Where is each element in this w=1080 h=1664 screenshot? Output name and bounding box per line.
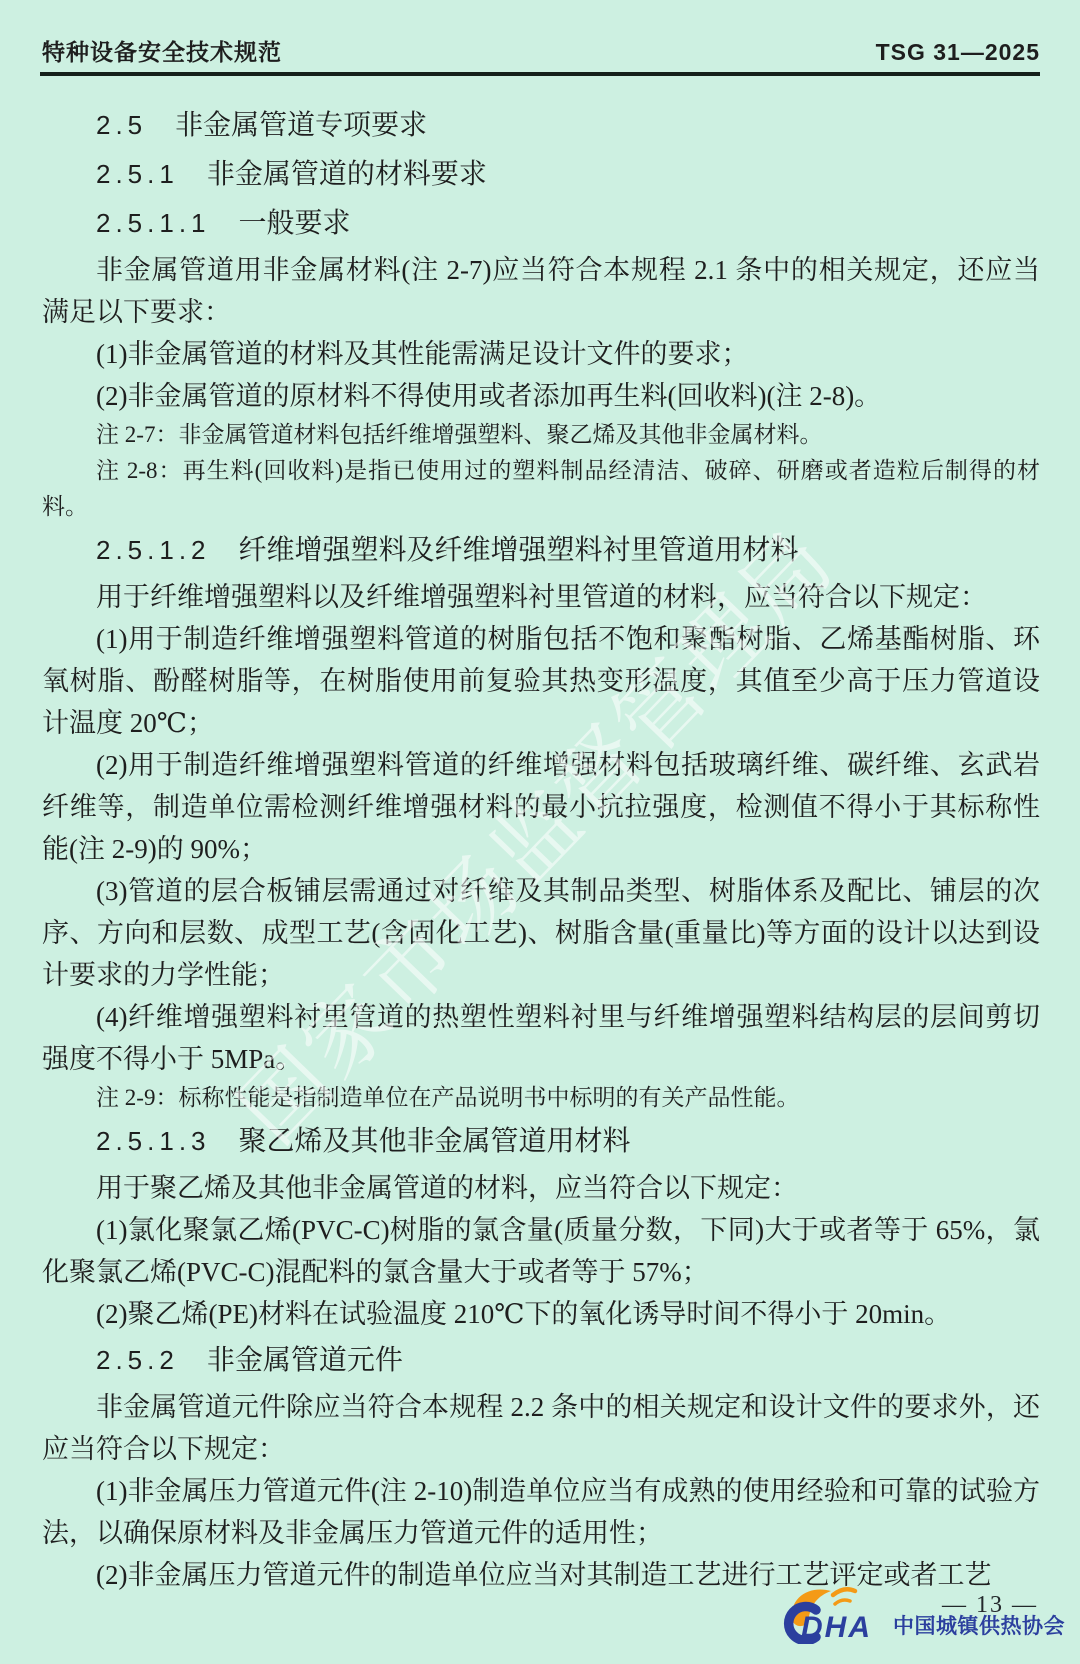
section-heading: 2.5.1.1一般要求 (42, 200, 1040, 247)
footnote: 注 2-9：标称性能是指制造单位在产品说明书中标明的有关产品性能。 (42, 1080, 1040, 1116)
page-footer: DHA 中国城镇供热协会 — 13 — (0, 1578, 1080, 1664)
heading-number: 2.5.1.2 (96, 535, 211, 565)
paragraph: (4)纤维增强塑料衬里管道的热塑性塑料衬里与纤维增强塑料结构层的层间剪切强度不得… (42, 996, 1040, 1080)
header-title: 特种设备安全技术规范 (42, 34, 282, 67)
heading-number: 2.5 (96, 110, 147, 140)
header-rule (40, 72, 1040, 76)
section-heading: 2.5.1非金属管道的材料要求 (42, 151, 1040, 198)
section-heading: 2.5非金属管道专项要求 (42, 102, 1040, 149)
paragraph: 用于纤维增强塑料以及纤维增强塑料衬里管道的材料，应当符合以下规定： (42, 576, 1040, 618)
footnote: 注 2-7：非金属管道材料包括纤维增强塑料、聚乙烯及其他非金属材料。 (42, 417, 1040, 453)
heading-title: 一般要求 (239, 208, 351, 239)
dha-logo-icon: DHA (776, 1580, 888, 1644)
page-number: — 13 — (942, 1592, 1038, 1619)
section-heading: 2.5.2非金属管道元件 (42, 1337, 1040, 1384)
page-header: 特种设备安全技术规范 TSG 31—2025 (42, 34, 1040, 67)
heading-title: 聚乙烯及其他非金属管道用材料 (239, 1126, 631, 1157)
heading-number: 2.5.2 (96, 1345, 179, 1375)
paragraph: 非金属管道元件除应当符合本规程 2.2 条中的相关规定和设计文件的要求外，还应当… (42, 1386, 1040, 1470)
paragraph: (1)氯化聚氯乙烯(PVC-C)树脂的氯含量(质量分数，下同)大于或者等于 65… (42, 1209, 1040, 1293)
footnote: 注 2-8：再生料(回收料)是指已使用过的塑料制品经清洁、破碎、研磨或者造粒后制… (42, 453, 1040, 525)
heading-title: 非金属管道的材料要求 (207, 159, 487, 190)
section-heading: 2.5.1.2纤维增强塑料及纤维增强塑料衬里管道用材料 (42, 527, 1040, 574)
paragraph: 非金属管道用非金属材料(注 2-7)应当符合本规程 2.1 条中的相关规定，还应… (42, 249, 1040, 333)
header-code: TSG 31—2025 (876, 39, 1040, 66)
paragraph: (1)非金属压力管道元件(注 2-10)制造单位应当有成熟的使用经验和可靠的试验… (42, 1470, 1040, 1554)
dha-logo-acronym: DHA (801, 1611, 872, 1644)
paragraph: (1)非金属管道的材料及其性能需满足设计文件的要求； (42, 333, 1040, 375)
heading-title: 非金属管道专项要求 (175, 110, 427, 141)
paragraph: (1)用于制造纤维增强塑料管道的树脂包括不饱和聚酯树脂、乙烯基酯树脂、环氧树脂、… (42, 618, 1040, 744)
paragraph: 用于聚乙烯及其他非金属管道的材料，应当符合以下规定： (42, 1167, 1040, 1209)
paragraph: (2)非金属管道的原材料不得使用或者添加再生料(回收料)(注 2-8)。 (42, 375, 1040, 417)
heading-number: 2.5.1 (96, 159, 179, 189)
heading-title: 纤维增强塑料及纤维增强塑料衬里管道用材料 (239, 535, 799, 566)
heading-number: 2.5.1.1 (96, 208, 211, 238)
paragraph: (3)管道的层合板铺层需通过对纤维及其制品类型、树脂体系及配比、铺层的次序、方向… (42, 870, 1040, 996)
heading-title: 非金属管道元件 (207, 1345, 403, 1376)
document-body: 2.5非金属管道专项要求 2.5.1非金属管道的材料要求 2.5.1.1一般要求… (42, 100, 1040, 1596)
paragraph: (2)聚乙烯(PE)材料在试验温度 210℃下的氧化诱导时间不得小于 20min… (42, 1293, 1040, 1335)
section-heading: 2.5.1.3聚乙烯及其他非金属管道用材料 (42, 1118, 1040, 1165)
paragraph: (2)用于制造纤维增强塑料管道的纤维增强材料包括玻璃纤维、碳纤维、玄武岩纤维等，… (42, 744, 1040, 870)
heading-number: 2.5.1.3 (96, 1126, 211, 1156)
